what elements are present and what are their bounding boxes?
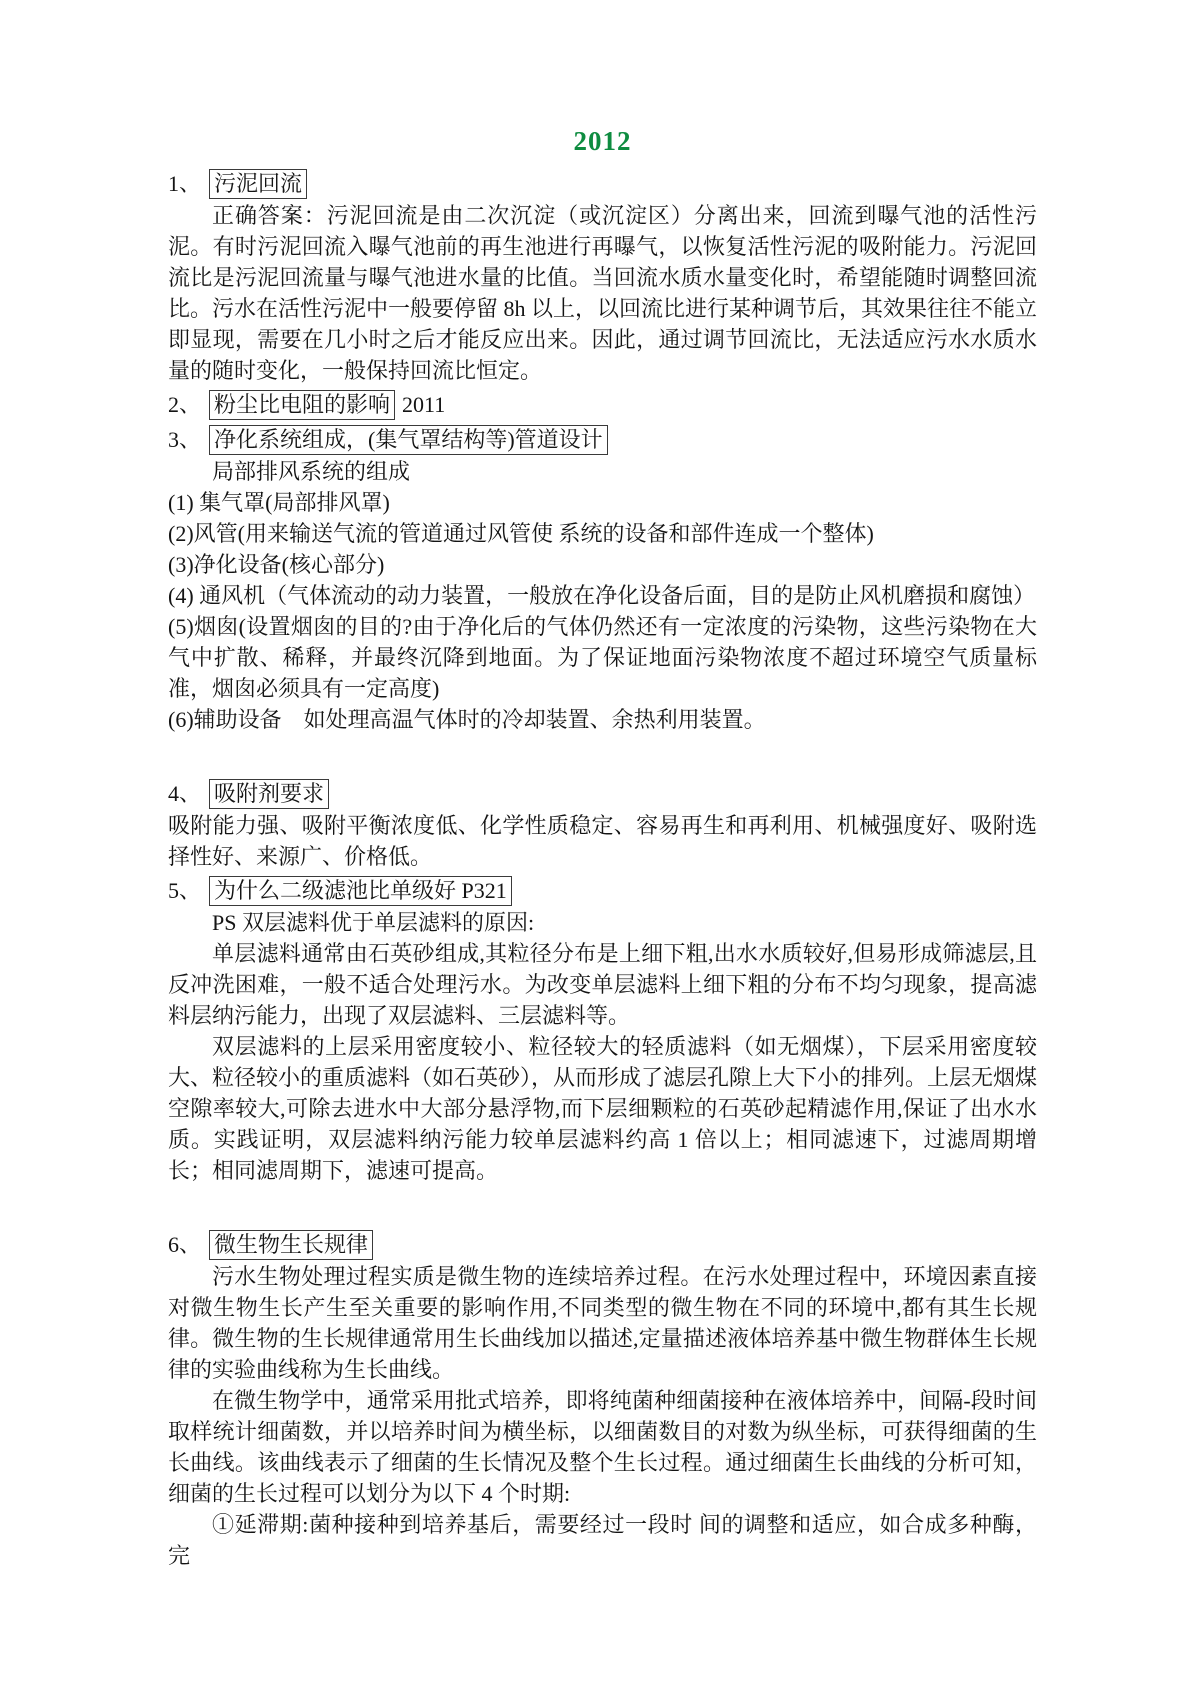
section-6-paragraph: 在微生物学中，通常采用批式培养，即将纯菌种细菌接种在液体培养中，间隔-段时间取样…: [168, 1385, 1037, 1509]
section-3-title-box: 净化系统组成，(集气罩结构等)管道设计: [209, 425, 608, 455]
list-item: (4) 通风机（气体流动的动力装置，一般放在净化设备后面，目的是防止风机磨损和腐…: [168, 580, 1037, 611]
section-5-number: 5、: [168, 874, 201, 907]
section-2-year-suffix: 2011: [402, 392, 445, 417]
section-1-paragraph: 正确答案：污泥回流是由二次沉淀（或沉淀区）分离出来，回流到曝气池的活性污泥。有时…: [168, 200, 1037, 386]
list-item: (1) 集气罩(局部排风罩): [168, 487, 1037, 518]
section-5-heading: 5、为什么二级滤池比单级好 P321: [168, 874, 1037, 907]
section-3-subheading: 局部排风系统的组成: [168, 456, 1037, 487]
section-5-paragraph: 双层滤料的上层采用密度较小、粒径较大的轻质滤料（如无烟煤），下层采用密度较大、粒…: [168, 1031, 1037, 1186]
section-3-heading: 3、净化系统组成，(集气罩结构等)管道设计: [168, 423, 1037, 456]
section-4-title-box: 吸附剂要求: [209, 779, 329, 809]
section-5-title-box: 为什么二级滤池比单级好 P321: [209, 876, 512, 906]
section-5-paragraph: PS 双层滤料优于单层滤料的原因:: [168, 907, 1037, 938]
section-1-title-box: 污泥回流: [209, 169, 307, 199]
section-6-paragraph: ①延滞期:菌种接种到培养基后，需要经过一段时 间的调整和适应，如合成多种酶，完: [168, 1509, 1037, 1571]
section-6-number: 6、: [168, 1228, 201, 1261]
section-6-paragraph: 污水生物处理过程实质是微生物的连续培养过程。在污水处理过程中，环境因素直接对微生…: [168, 1261, 1037, 1385]
section-1-heading: 1、污泥回流: [168, 167, 1037, 200]
list-item: (3)净化设备(核心部分): [168, 549, 1037, 580]
list-item: (5)烟囱(设置烟囱的目的?由于净化后的气体仍然还有一定浓度的污染物，这些污染物…: [168, 611, 1037, 704]
document-page: 2012 1、污泥回流 正确答案：污泥回流是由二次沉淀（或沉淀区）分离出来，回流…: [0, 0, 1190, 1683]
section-5-paragraph: 单层滤料通常由石英砂组成,其粒径分布是上细下粗,出水水质较好,但易形成筛滤层,且…: [168, 938, 1037, 1031]
section-2-title-box: 粉尘比电阻的影响: [209, 390, 395, 420]
section-4-number: 4、: [168, 777, 201, 810]
section-2-number: 2、: [168, 388, 201, 421]
section-3-number: 3、: [168, 423, 201, 456]
document-title: 2012: [168, 126, 1037, 157]
section-6-title-box: 微生物生长规律: [209, 1230, 373, 1260]
section-6-heading: 6、微生物生长规律: [168, 1228, 1037, 1261]
list-item: (2)风管(用来输送气流的管道通过风管使 系统的设备和部件连成一个整体): [168, 518, 1037, 549]
section-4-heading: 4、吸附剂要求: [168, 777, 1037, 810]
list-item: (6)辅助设备 如处理高温气体时的冷却装置、余热利用装置。: [168, 704, 1037, 735]
section-1-number: 1、: [168, 167, 201, 200]
section-4-paragraph: 吸附能力强、吸附平衡浓度低、化学性质稳定、容易再生和再利用、机械强度好、吸附选择…: [168, 810, 1037, 872]
section-2-heading: 2、粉尘比电阻的影响2011: [168, 388, 1037, 421]
